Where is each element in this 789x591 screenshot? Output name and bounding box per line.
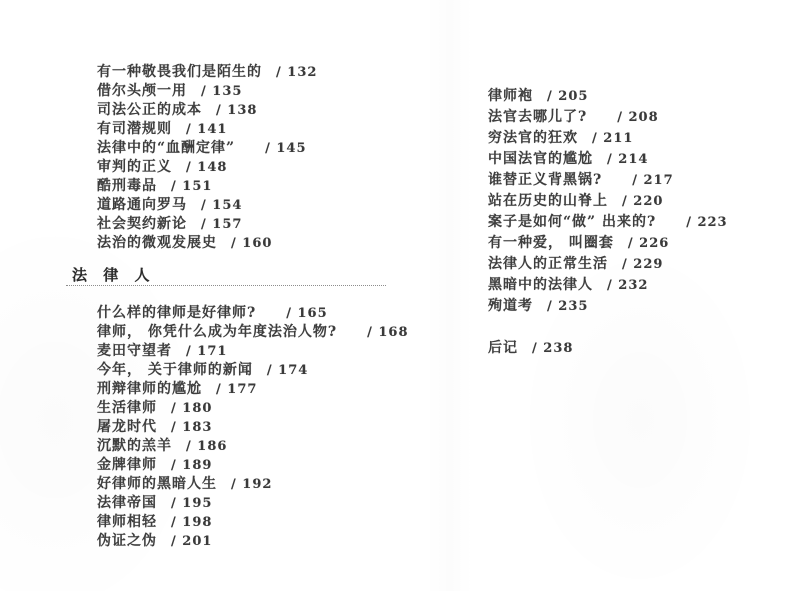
toc-entry: 生活律师/ 180 bbox=[97, 397, 409, 416]
toc-entry: 穷法官的狂欢/ 211 bbox=[488, 126, 728, 147]
toc-entry-title: 黑暗中的法律人 bbox=[488, 277, 593, 293]
toc-entry-page-number: / 180 bbox=[171, 401, 212, 416]
toc-entry-title: 酷刑毒品 bbox=[97, 178, 157, 194]
toc-entry: 伪证之伪/ 201 bbox=[97, 530, 409, 549]
toc-entry-page-number: / 168 bbox=[367, 325, 408, 340]
toc-entry: 屠龙时代/ 183 bbox=[97, 416, 409, 435]
toc-entry-page-number: / 171 bbox=[186, 344, 227, 359]
toc-entry: 酷刑毒品/ 151 bbox=[97, 175, 317, 194]
toc-entry-page-number: / 160 bbox=[231, 236, 272, 251]
toc-entry-title: 后记 bbox=[488, 340, 518, 356]
toc-entry: 法治的微观发展史/ 160 bbox=[97, 232, 317, 251]
toc-list-part1: 有一种敬畏我们是陌生的/ 132借尔头颅一用/ 135司法公正的成本/ 138有… bbox=[97, 61, 317, 251]
toc-entry: 法官去哪儿了?/ 208 bbox=[488, 105, 728, 126]
toc-entry-title: 中国法官的尴尬 bbox=[488, 151, 593, 167]
section-dotted-rule bbox=[66, 276, 386, 286]
toc-entry: 站在历史的山脊上/ 220 bbox=[488, 189, 728, 210]
toc-list-part2: 什么样的律师是好律师?/ 165律师， 你凭什么成为年度法治人物?/ 168麦田… bbox=[97, 302, 409, 549]
toc-entry-title: 谁替正义背黑锅? bbox=[488, 172, 602, 188]
toc-entry: 法律中的“血酬定律”/ 145 bbox=[97, 137, 317, 156]
toc-entry-title: 有一种敬畏我们是陌生的 bbox=[97, 64, 262, 80]
toc-entry: 案子是如何“做” 出来的?/ 223 bbox=[488, 210, 728, 231]
toc-entry: 有司潜规则/ 141 bbox=[97, 118, 317, 137]
toc-entry: 法律帝国/ 195 bbox=[97, 492, 409, 511]
toc-entry-page-number: / 220 bbox=[622, 194, 663, 209]
toc-entry-title: 案子是如何“做” 出来的? bbox=[488, 214, 656, 230]
toc-entry-page-number: / 135 bbox=[201, 84, 242, 99]
toc-entry: 好律师的黑暗人生/ 192 bbox=[97, 473, 409, 492]
toc-entry-title: 伪证之伪 bbox=[97, 533, 157, 549]
toc-entry-title: 穷法官的狂欢 bbox=[488, 130, 578, 146]
toc-entry-page-number: / 217 bbox=[632, 173, 673, 188]
toc-entry-page-number: / 235 bbox=[547, 299, 588, 314]
toc-entry-page-number: / 223 bbox=[686, 215, 727, 230]
toc-entry-page-number: / 201 bbox=[171, 534, 212, 549]
toc-entry-page-number: / 145 bbox=[265, 141, 306, 156]
toc-entry: 谁替正义背黑锅?/ 217 bbox=[488, 168, 728, 189]
toc-entry-page-number: / 132 bbox=[276, 65, 317, 80]
toc-entry-title: 审判的正义 bbox=[97, 159, 172, 175]
toc-entry-page-number: / 183 bbox=[171, 420, 212, 435]
toc-entry-title: 律师， 你凭什么成为年度法治人物? bbox=[97, 324, 337, 340]
toc-entry: 社会契约新论/ 157 bbox=[97, 213, 317, 232]
toc-entry-page-number: / 154 bbox=[201, 198, 242, 213]
toc-entry-page-number: / 165 bbox=[286, 306, 327, 321]
toc-entry: 有一种爱， 叫圈套/ 226 bbox=[488, 231, 728, 252]
toc-entry-page-number: / 151 bbox=[171, 179, 212, 194]
toc-entry: 审判的正义/ 148 bbox=[97, 156, 317, 175]
toc-entry-title: 法律人的正常生活 bbox=[488, 256, 608, 272]
book-toc-scan: { "meta": { "slash": "/", "text_color": … bbox=[0, 0, 789, 591]
toc-entry-title: 什么样的律师是好律师? bbox=[97, 305, 256, 321]
toc-entry-page-number: / 229 bbox=[622, 257, 663, 272]
toc-entry-title: 法治的微观发展史 bbox=[97, 235, 217, 251]
toc-entry: 黑暗中的法律人/ 232 bbox=[488, 273, 728, 294]
toc-entry-page-number: / 192 bbox=[231, 477, 272, 492]
toc-entry-title: 有一种爱， 叫圈套 bbox=[488, 235, 614, 251]
toc-entry-title: 刑辩律师的尴尬 bbox=[97, 381, 202, 397]
toc-entry-title: 沉默的羔羊 bbox=[97, 438, 172, 454]
toc-entry-title: 道路通向罗马 bbox=[97, 197, 187, 213]
toc-entry-title: 法律中的“血酬定律” bbox=[97, 140, 235, 156]
toc-entry: 司法公正的成本/ 138 bbox=[97, 99, 317, 118]
toc-entry: 什么样的律师是好律师?/ 165 bbox=[97, 302, 409, 321]
toc-entry-page-number: / 157 bbox=[201, 217, 242, 232]
toc-entry-title: 律师相轻 bbox=[97, 514, 157, 530]
toc-entry-page-number: / 195 bbox=[171, 496, 212, 511]
toc-entry-title: 有司潜规则 bbox=[97, 121, 172, 137]
toc-entry-page-number: / 174 bbox=[267, 363, 308, 378]
toc-entry: 律师相轻/ 198 bbox=[97, 511, 409, 530]
toc-entry: 麦田守望者/ 171 bbox=[97, 340, 409, 359]
toc-entry-title: 殉道考 bbox=[488, 298, 533, 314]
toc-entry: 今年， 关于律师的新闻/ 174 bbox=[97, 359, 409, 378]
toc-entry-title: 生活律师 bbox=[97, 400, 157, 416]
toc-entry-page-number: / 238 bbox=[532, 341, 573, 356]
toc-entry: 有一种敬畏我们是陌生的/ 132 bbox=[97, 61, 317, 80]
toc-entry-page-number: / 189 bbox=[171, 458, 212, 473]
toc-entry-title: 好律师的黑暗人生 bbox=[97, 476, 217, 492]
toc-entry-title: 借尔头颅一用 bbox=[97, 83, 187, 99]
toc-entry: 律师袍/ 205 bbox=[488, 84, 728, 105]
toc-entry-title: 站在历史的山脊上 bbox=[488, 193, 608, 209]
toc-entry: 金牌律师/ 189 bbox=[97, 454, 409, 473]
toc-entry-title: 今年， 关于律师的新闻 bbox=[97, 362, 253, 378]
toc-entry-page-number: / 141 bbox=[186, 122, 227, 137]
toc-entry-page-number: / 205 bbox=[547, 89, 588, 104]
toc-list-right: 律师袍/ 205法官去哪儿了?/ 208穷法官的狂欢/ 211中国法官的尴尬/ … bbox=[488, 84, 728, 315]
toc-entry: 后记/ 238 bbox=[488, 336, 573, 357]
toc-entry: 借尔头颅一用/ 135 bbox=[97, 80, 317, 99]
toc-entry-title: 律师袍 bbox=[488, 88, 533, 104]
toc-entry: 中国法官的尴尬/ 214 bbox=[488, 147, 728, 168]
toc-entry: 道路通向罗马/ 154 bbox=[97, 194, 317, 213]
toc-entry-page-number: / 177 bbox=[216, 382, 257, 397]
toc-entry-title: 麦田守望者 bbox=[97, 343, 172, 359]
afterword-entry: 后记/ 238 bbox=[488, 336, 573, 357]
toc-entry-title: 社会契约新论 bbox=[97, 216, 187, 232]
toc-entry-title: 屠龙时代 bbox=[97, 419, 157, 435]
toc-entry-page-number: / 208 bbox=[617, 110, 658, 125]
toc-entry-page-number: / 186 bbox=[186, 439, 227, 454]
toc-entry-title: 司法公正的成本 bbox=[97, 102, 202, 118]
toc-entry: 法律人的正常生活/ 229 bbox=[488, 252, 728, 273]
toc-entry: 律师， 你凭什么成为年度法治人物?/ 168 bbox=[97, 321, 409, 340]
toc-entry-page-number: / 138 bbox=[216, 103, 257, 118]
toc-entry-title: 法官去哪儿了? bbox=[488, 109, 587, 125]
toc-entry: 沉默的羔羊/ 186 bbox=[97, 435, 409, 454]
toc-entry-page-number: / 198 bbox=[171, 515, 212, 530]
toc-entry-page-number: / 148 bbox=[186, 160, 227, 175]
toc-entry-page-number: / 214 bbox=[607, 152, 648, 167]
toc-entry-page-number: / 232 bbox=[607, 278, 648, 293]
toc-entry: 刑辩律师的尴尬/ 177 bbox=[97, 378, 409, 397]
toc-entry-page-number: / 211 bbox=[592, 131, 633, 146]
toc-entry: 殉道考/ 235 bbox=[488, 294, 728, 315]
toc-entry-title: 金牌律师 bbox=[97, 457, 157, 473]
toc-entry-page-number: / 226 bbox=[628, 236, 669, 251]
toc-entry-title: 法律帝国 bbox=[97, 495, 157, 511]
